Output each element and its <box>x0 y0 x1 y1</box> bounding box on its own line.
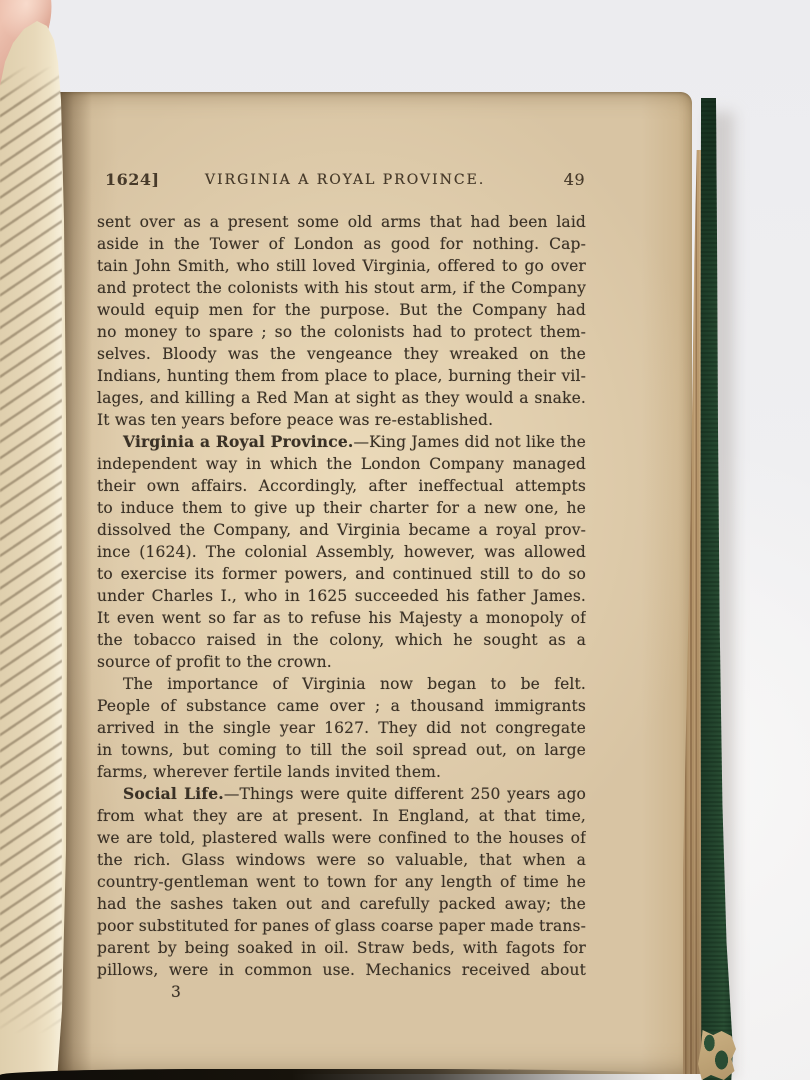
paragraph: sent over as a present some old arms tha… <box>97 211 586 431</box>
text-line: ince (1624). The colonial Assembly, howe… <box>97 541 586 563</box>
text-line: would equip men for the purpose. But the… <box>97 299 586 321</box>
text-line: poor substituted for panes of glass coar… <box>97 915 586 937</box>
text-line: parent by being soaked in oil. Straw bed… <box>97 937 586 959</box>
text-line: had the sashes taken out and carefully p… <box>97 893 586 915</box>
text-line: to induce them to give up their charter … <box>97 497 586 519</box>
text-line: Social Life.—Things were quite different… <box>97 783 586 805</box>
text-line: Indians, hunting them from place to plac… <box>97 365 586 387</box>
text-line: to exercise its former powers, and conti… <box>97 563 586 585</box>
paragraph: Virginia a Royal Province.—King James di… <box>97 431 586 673</box>
header-title: VIRGINIA A ROYAL PROVINCE. <box>205 172 485 188</box>
text-line: the rich. Glass windows were so valuable… <box>97 849 586 871</box>
text-line: country-gentleman went to town for any l… <box>97 871 586 893</box>
cover-worn-corner <box>698 1030 736 1080</box>
text-line: arrived in the single year 1627. They di… <box>97 717 586 739</box>
turned-page <box>0 0 70 1080</box>
text-line: independent way in which the London Comp… <box>97 453 586 475</box>
text-line: no money to spare ; so the colonists had… <box>97 321 586 343</box>
text-line: dissolved the Company, and Virginia beca… <box>97 519 586 541</box>
book-photo: 1624] VIRGINIA A ROYAL PROVINCE. 49 sent… <box>0 0 810 1080</box>
text-line: pillows, were in common use. Mechanics r… <box>97 959 586 981</box>
text-line: and protect the colonists with his stout… <box>97 277 586 299</box>
header-year: 1624] <box>105 170 160 189</box>
run-in-heading: Social Life. <box>123 784 224 803</box>
text-line: in towns, but coming to till the soil sp… <box>97 739 586 761</box>
text-line: The importance of Virginia now began to … <box>97 673 586 695</box>
text-line: It even went so far as to refuse his Maj… <box>97 607 586 629</box>
header-page-number: 49 <box>564 170 585 189</box>
text-line: we are told, plastered walls were confin… <box>97 827 586 849</box>
text-line: farms, wherever fertile lands invited th… <box>97 761 586 783</box>
text-block: sent over as a present some old arms tha… <box>97 211 586 981</box>
table-edge-shadow <box>0 1069 694 1080</box>
text-line: aside in the Tower of London as good for… <box>97 233 586 255</box>
run-in-heading: Virginia a Royal Province. <box>123 432 354 451</box>
text-line: lages, and killing a Red Man at sight as… <box>97 387 586 409</box>
text-line: People of substance came over ; a thousa… <box>97 695 586 717</box>
text-line: under Charles I., who in 1625 succeeded … <box>97 585 586 607</box>
page-header: 1624] VIRGINIA A ROYAL PROVINCE. 49 <box>105 170 585 192</box>
paragraph: The importance of Virginia now began to … <box>97 673 586 783</box>
text-line: Virginia a Royal Province.—King James di… <box>97 431 586 453</box>
text-line: sent over as a present some old arms tha… <box>97 211 586 233</box>
signature-mark: 3 <box>171 981 181 1003</box>
text-line: source of profit to the crown. <box>97 651 586 673</box>
text-line: selves. Bloody was the vengeance they wr… <box>97 343 586 365</box>
turned-page-text <box>0 66 62 1034</box>
text-line: the tobacco raised in the colony, which … <box>97 629 586 651</box>
text-line: It was ten years before peace was re-est… <box>97 409 586 431</box>
text-line: tain John Smith, who still loved Virgini… <box>97 255 586 277</box>
paragraph: Social Life.—Things were quite different… <box>97 783 586 981</box>
text-line: their own affairs. Accordingly, after in… <box>97 475 586 497</box>
text-line: from what they are at present. In Englan… <box>97 805 586 827</box>
